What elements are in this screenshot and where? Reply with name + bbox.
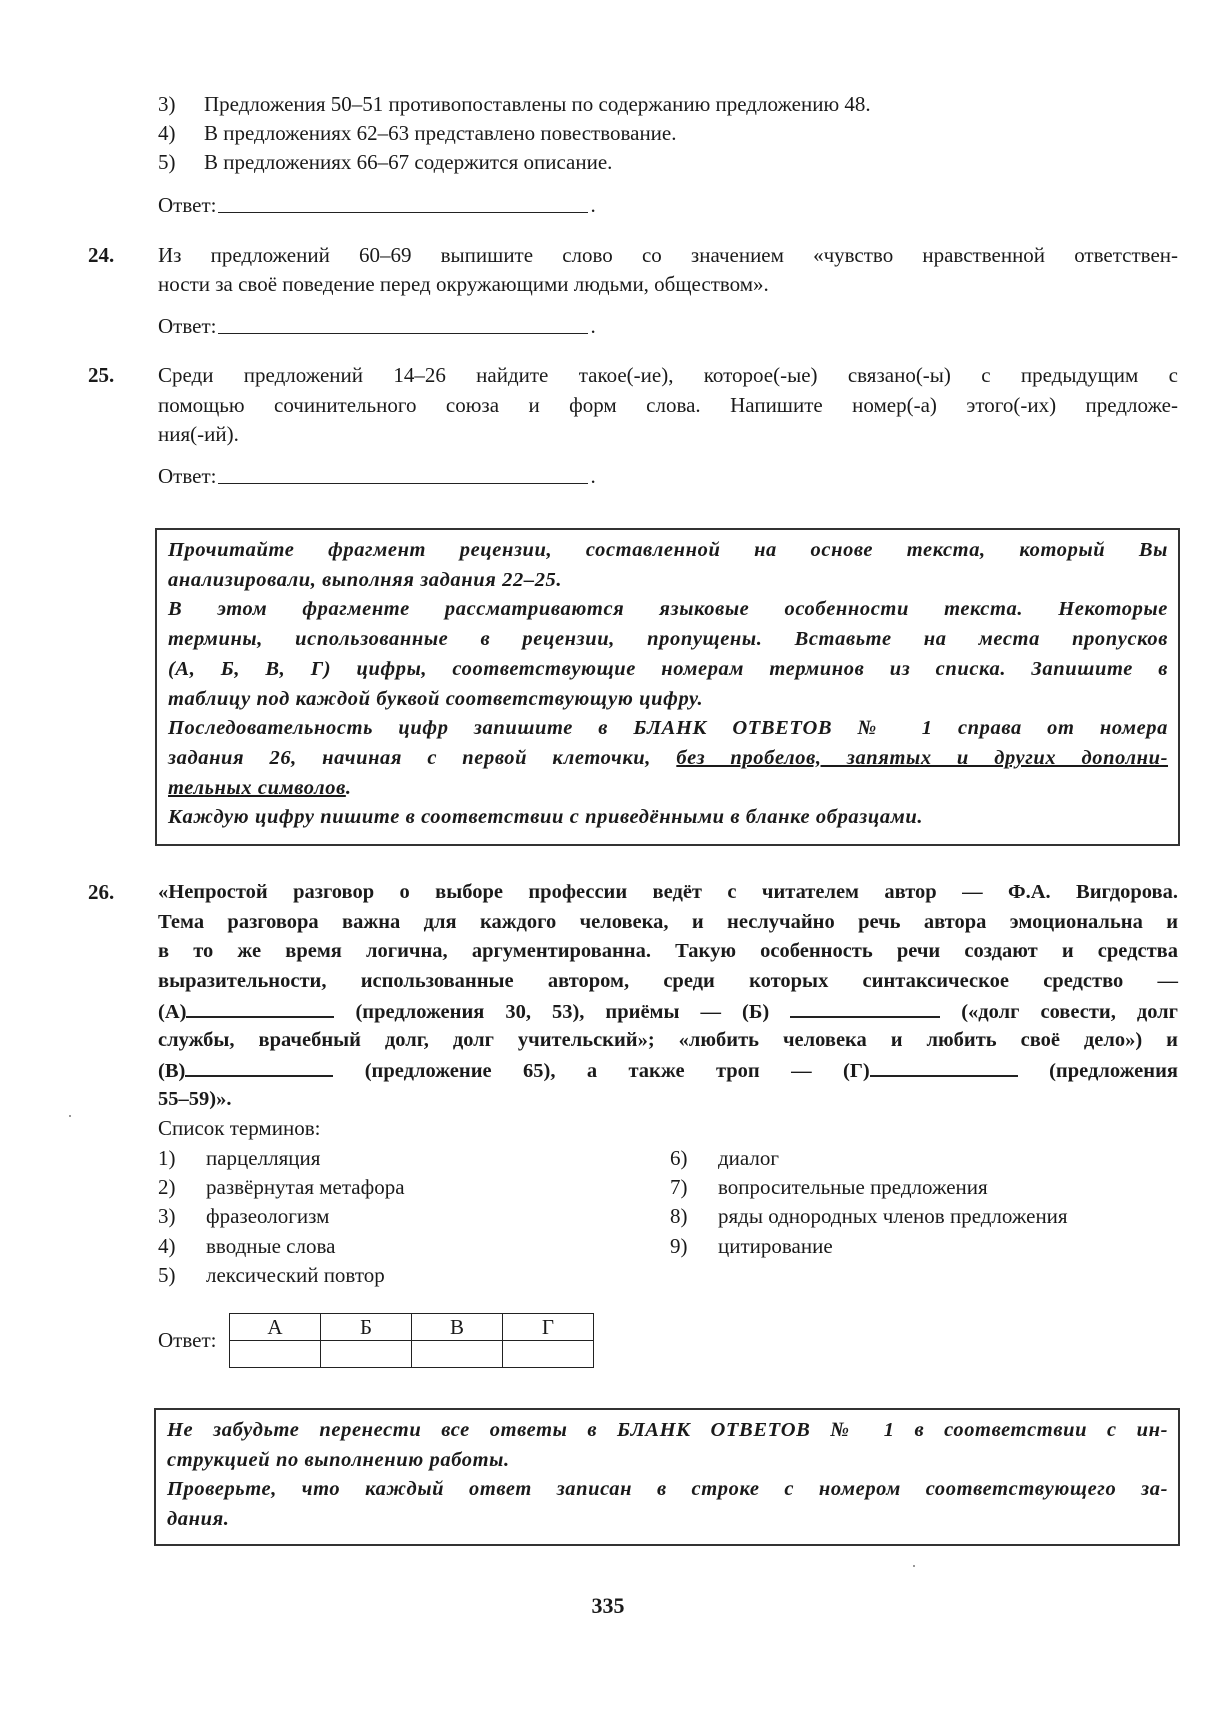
term-item: 7)вопросительные предложения <box>670 1172 988 1202</box>
instruction-line: Последовательность цифр запишите в БЛАНК… <box>168 714 1168 744</box>
task-23-answer: Ответ:. <box>158 190 596 220</box>
term-number: 7) <box>670 1172 718 1202</box>
term-text: лексический повтор <box>206 1263 385 1287</box>
term-item: 8)ряды однородных членов предложения <box>670 1201 1068 1231</box>
header-g: Г <box>503 1314 594 1341</box>
term-text: цитирование <box>718 1234 833 1258</box>
instruction-box: Прочитайте фрагмент рецензии, составленн… <box>155 528 1180 846</box>
instruction-line: (А, Б, В, Г) цифры, соответствующие номе… <box>168 655 1168 685</box>
gap-a-blank[interactable] <box>186 996 334 1018</box>
answer-field[interactable] <box>218 311 588 334</box>
review-text: (предложения 30, 53), приёмы — (Б) <box>355 1001 769 1023</box>
term-text: диалог <box>718 1146 779 1170</box>
review-text-line: (А) (предложения 30, 53), приёмы — (Б) (… <box>158 996 1178 1027</box>
instruction-line: Прочитайте фрагмент рецензии, составленн… <box>168 536 1168 566</box>
term-item: 9)цитирование <box>670 1231 833 1261</box>
answer-table-label: Ответ: <box>158 1328 216 1353</box>
task-text-line: ности за своё поведение перед окружающим… <box>158 269 769 299</box>
underlined-text: тельных символов <box>168 777 346 799</box>
task-number: 26. <box>88 877 114 907</box>
instruction-line-mixed: тельных символов. <box>168 774 1168 804</box>
term-number: 3) <box>158 1201 206 1231</box>
term-number: 4) <box>158 1231 206 1261</box>
term-item: 6)диалог <box>670 1143 779 1173</box>
answer-cell-v[interactable] <box>412 1341 503 1368</box>
task-text-line: помощью сочинительного союза и форм слов… <box>158 390 1178 420</box>
review-text-line: «Непростой разговор о выборе профессии в… <box>158 877 1178 907</box>
answer-field[interactable] <box>218 461 588 484</box>
reminder-line: Проверьте, что каждый ответ записан в ст… <box>167 1475 1168 1505</box>
answer-table: А Б В Г <box>229 1313 594 1368</box>
scan-speck <box>913 1565 915 1567</box>
term-text: фразеологизм <box>206 1204 329 1228</box>
answer-cell-b[interactable] <box>321 1341 412 1368</box>
header-v: В <box>412 1314 503 1341</box>
term-text: вопросительные предложения <box>718 1175 988 1199</box>
header-a: А <box>230 1314 321 1341</box>
review-text: («долг совести, долг <box>961 1001 1178 1023</box>
term-item: 3)фразеологизм <box>158 1201 329 1231</box>
task-text-line: ния(-ий). <box>158 419 239 449</box>
gap-g-blank[interactable] <box>870 1055 1018 1077</box>
terms-title: Список терминов: <box>158 1113 320 1143</box>
term-number: 1) <box>158 1143 206 1173</box>
instruction-line: таблицу под каждой буквой соответствующу… <box>168 685 1168 715</box>
answer-table-row <box>230 1341 594 1368</box>
answer-field[interactable] <box>218 190 588 213</box>
term-item: 4)вводные слова <box>158 1231 335 1261</box>
term-text: развёрнутая метафора <box>206 1175 405 1199</box>
instruction-line-mixed: задания 26, начиная с первой клеточки, б… <box>168 744 1168 774</box>
page-number: 335 <box>0 1593 1216 1619</box>
task-24-answer: Ответ:. <box>158 311 596 341</box>
instruction-text: . <box>346 777 352 799</box>
term-text: вводные слова <box>206 1234 335 1258</box>
review-text: (предложение 65), а также троп — (Г) <box>365 1060 870 1082</box>
term-number: 6) <box>670 1143 718 1173</box>
scan-speck <box>69 1115 71 1117</box>
instruction-line: В этом фрагменте рассматриваются языковы… <box>168 595 1168 625</box>
underlined-text: без пробелов, запятых и других дополни- <box>676 747 1168 769</box>
review-text: (предложения <box>1049 1060 1178 1082</box>
term-item: 2)развёрнутая метафора <box>158 1172 405 1202</box>
term-item: 5)лексический повтор <box>158 1260 385 1290</box>
reminder-line: Не забудьте перенести все ответы в БЛАНК… <box>167 1416 1168 1446</box>
task-number: 25. <box>88 360 114 390</box>
gap-label-a: (А) <box>158 1001 186 1023</box>
review-text-line: службы, врачебный долг, долг учительский… <box>158 1025 1178 1055</box>
reminder-line: дания. <box>167 1505 1168 1535</box>
review-text-line: выразительности, использованные автором,… <box>158 966 1178 996</box>
gap-b-blank[interactable] <box>790 996 940 1018</box>
instruction-line: анализировали, выполняя задания 22–25. <box>168 566 1168 596</box>
task-25-answer: Ответ:. <box>158 461 596 491</box>
instruction-line: Каждую цифру пишите в соответствии с при… <box>168 803 1168 833</box>
task-text-line: Среди предложений 14–26 найдите такое(-и… <box>158 360 1178 390</box>
instruction-line: термины, использованные в рецензии, проп… <box>168 625 1168 655</box>
term-text: ряды однородных членов предложения <box>718 1204 1068 1228</box>
term-number: 8) <box>670 1201 718 1231</box>
answer-cell-g[interactable] <box>503 1341 594 1368</box>
gap-label-v: (В) <box>158 1060 185 1082</box>
reminder-box: Не забудьте перенести все ответы в БЛАНК… <box>154 1408 1180 1546</box>
term-number: 2) <box>158 1172 206 1202</box>
reminder-line: струкцией по выполнению работы. <box>167 1446 1168 1476</box>
task-text-line: Из предложений 60–69 выпишите слово со з… <box>158 240 1178 270</box>
review-text-line: в то же время логична, аргументированна.… <box>158 936 1178 966</box>
instruction-text: задания 26, начиная с первой клеточки, <box>168 747 651 769</box>
term-number: 5) <box>158 1260 206 1290</box>
term-item: 1)парцелляция <box>158 1143 320 1173</box>
term-number: 9) <box>670 1231 718 1261</box>
header-b: Б <box>321 1314 412 1341</box>
gap-v-blank[interactable] <box>185 1055 333 1077</box>
answer-cell-a[interactable] <box>230 1341 321 1368</box>
review-text-line: 55–59)». <box>158 1084 1178 1114</box>
review-text-line: (В) (предложение 65), а также троп — (Г)… <box>158 1055 1178 1086</box>
answer-table-header: А Б В Г <box>230 1314 594 1341</box>
review-text-line: Тема разговора важна для каждого человек… <box>158 907 1178 937</box>
task-number: 24. <box>88 240 114 270</box>
term-text: парцелляция <box>206 1146 320 1170</box>
